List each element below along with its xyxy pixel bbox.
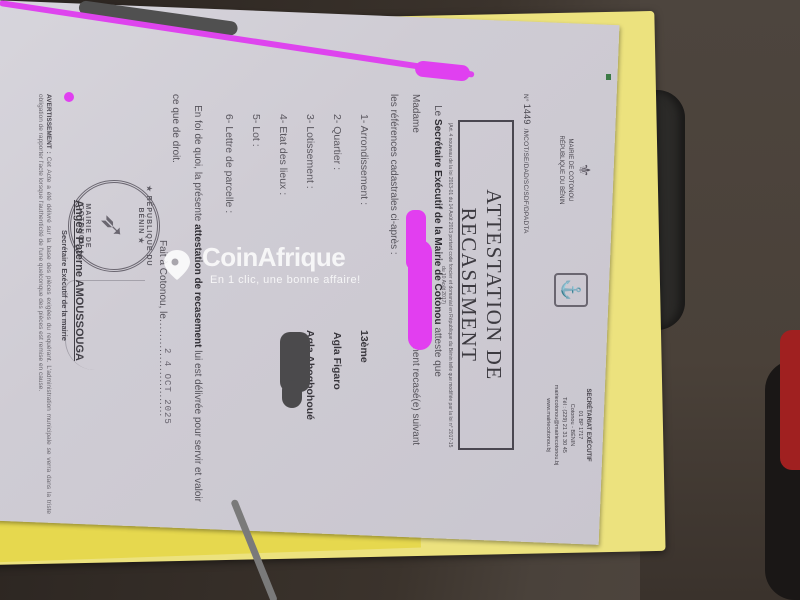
ref-number: 1449 (522, 104, 532, 125)
value-redaction-gray-2 (282, 380, 302, 408)
attestation-document: ⚜ MAIRIE DE COTONOU RÉPUBLIQUE DU BÉNIN … (0, 80, 600, 520)
field-label: 5- Lot : (250, 114, 262, 147)
paper-corner-mark (606, 74, 611, 80)
document-header: ⚜ MAIRIE DE COTONOU RÉPUBLIQUE DU BÉNIN … (510, 80, 600, 520)
signer-title: Secrétaire Exécutif de la mairie (60, 230, 69, 341)
map-pin-africa-icon (160, 248, 194, 282)
field-value: Agla Figaro (331, 332, 343, 390)
references-line: les références cadastrales ci-après : (382, 94, 404, 514)
bow-and-arrow-icon: ➶ (93, 183, 133, 269)
red-object (780, 330, 800, 470)
reference-number: N° 1449 /MCOT/SE/DAD/SC/SDF/DPADTA (522, 94, 532, 234)
warning-label: AVERTISSEMENT : (45, 94, 52, 154)
field-label: 6- Lettre de parcelle : (223, 114, 235, 213)
issuer: Secrétaire Exécutif de la Mairie de Coto… (432, 119, 443, 325)
document-title: ATTESTATION DE RECASEMENT (456, 122, 506, 448)
title-box: ATTESTATION DE RECASEMENT (Art. 4 nouvea… (458, 120, 514, 450)
name-redaction-pink-2 (408, 240, 432, 350)
date-stamp: 2 4 OCT 2025 (162, 348, 172, 425)
phone: Tél : (229) 21 31 30 45 (560, 350, 568, 500)
warning-text: Cet Acte a été délivré sur la base des p… (37, 94, 52, 514)
intro-prefix: Le (432, 105, 443, 116)
intro-suffix: atteste que (432, 327, 443, 376)
country-name: RÉPUBLIQUE DU BÉNIN (556, 100, 565, 240)
watermark-tagline: En 1 clic, une bonne affaire! (210, 274, 361, 286)
signer-name: Angès Paterne AMOUSSOUGA (73, 200, 85, 361)
warning-notice: AVERTISSEMENT : Cet Acte a été délivré s… (36, 94, 52, 514)
po-box: 01 BP 1717 (576, 350, 584, 500)
field-value: 13ème (358, 330, 370, 363)
city-seal-icon: ⚓ (554, 273, 588, 307)
ref-prefix: N° (522, 94, 529, 102)
coinafrique-watermark: CoinAfrique En 1 clic, une bonne affaire… (160, 242, 370, 292)
city: Cotonou - BÉNIN (568, 350, 576, 500)
secretariat-title: SECRÉTARIAT EXÉCUTIF (585, 388, 591, 461)
header-left: ⚜ MAIRIE DE COTONOU RÉPUBLIQUE DU BÉNIN (556, 100, 592, 240)
beneficiary-prefix: Madame (410, 94, 421, 133)
email: mairiecotonou@mairiecotonou.bj (552, 350, 560, 500)
pink-marker-dot (64, 92, 74, 102)
ref-suffix: /MCOT/SE/DAD/SC/SDF/DPADTA (522, 129, 529, 234)
field-label: 3- Lotissement : (304, 114, 316, 189)
field-label: 4- Etat des lieux : (277, 114, 289, 195)
website: www.mairiecotonou.bj (544, 350, 552, 500)
coat-of-arms-icon: ⚜ (574, 100, 592, 240)
stamp-top-text: ★ RÉPUBLIQUE DU BÉNIN ★ (137, 183, 153, 269)
header-middle: ⚓ (554, 250, 588, 330)
watermark-brand: CoinAfrique (202, 242, 345, 273)
closing-prefix: En foi de quoi, la présente (192, 105, 203, 221)
closing-paragraph: En foi de quoi, la présente attestation … (164, 94, 208, 514)
field-label: 2- Quartier : (331, 114, 343, 170)
mairie-name: MAIRIE DE COTONOU (565, 100, 574, 240)
header-right: SECRÉTARIAT EXÉCUTIF 01 BP 1717 Cotonou … (544, 350, 592, 500)
field-label: 1- Arrondissement : (358, 114, 370, 205)
